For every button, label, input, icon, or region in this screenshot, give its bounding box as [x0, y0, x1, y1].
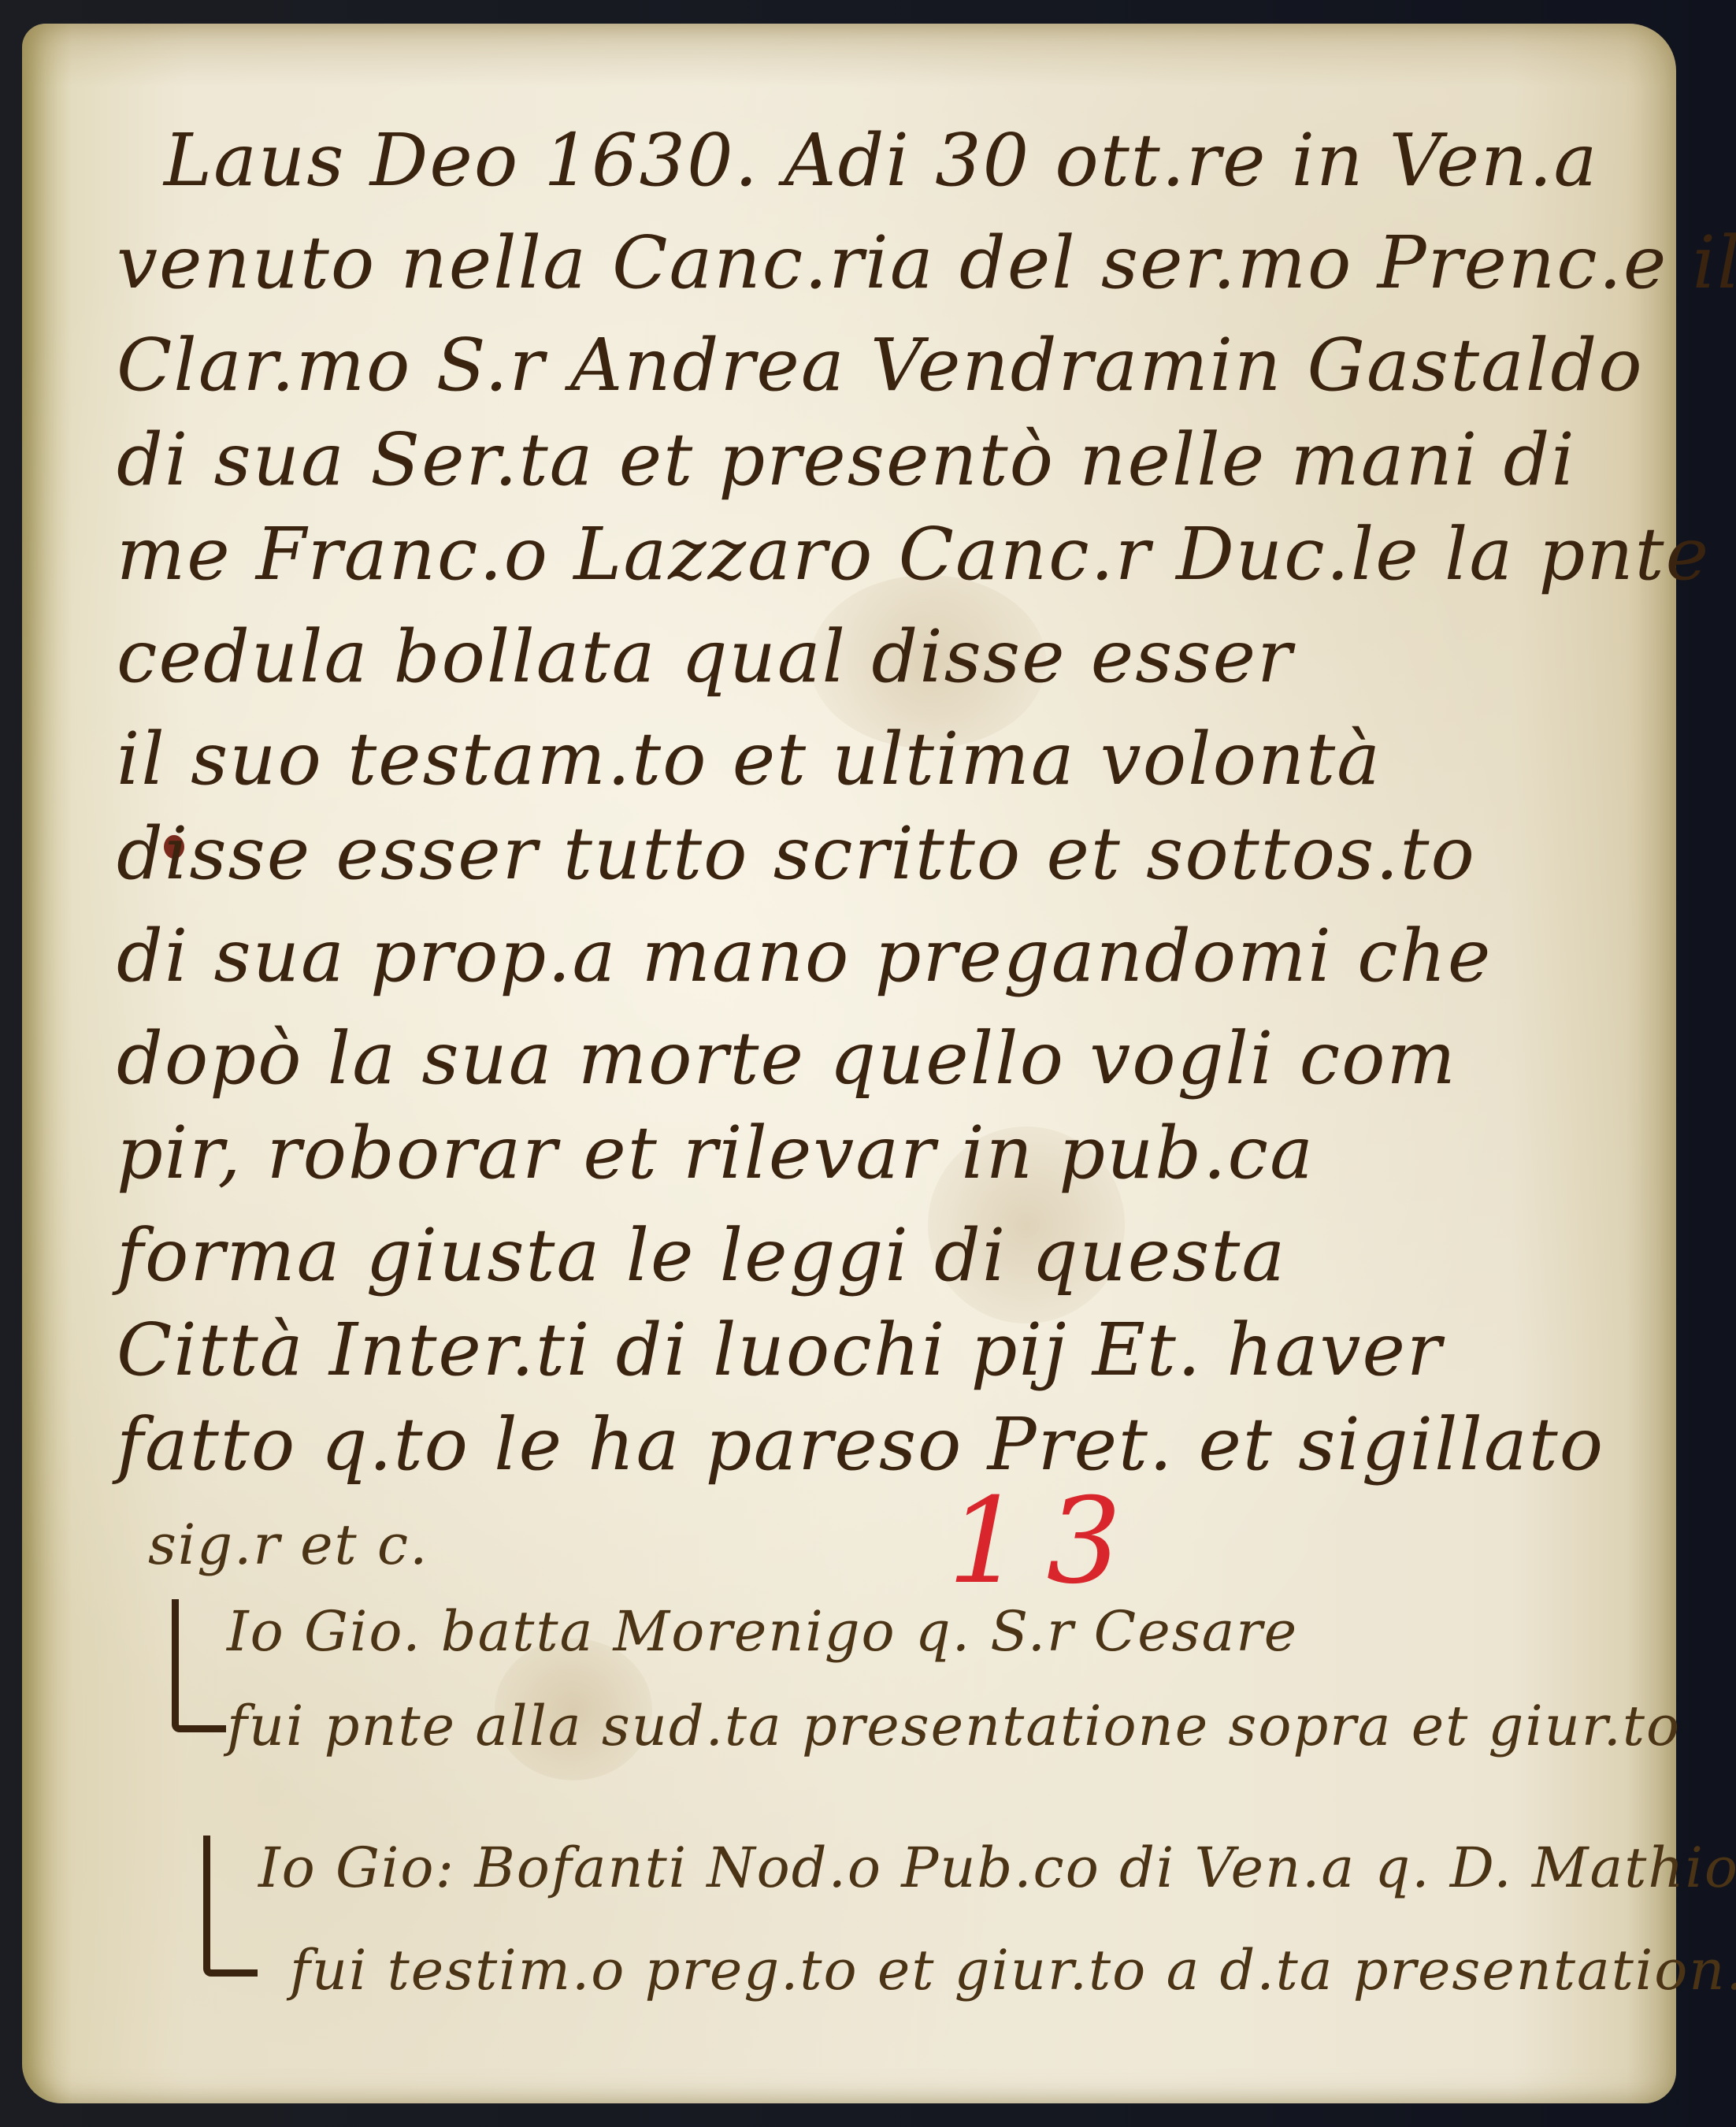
- text-line: sig.r et c.: [148, 1513, 428, 1577]
- text-line: Clar.mo S.r Andrea Vendramin Gastaldo: [117, 323, 1644, 407]
- text-line: Laus Deo 1630. Adi 30 ott.re in Ven.a: [164, 118, 1598, 202]
- text-line: pir, roborar et rilevar in pub.ca: [117, 1111, 1315, 1195]
- text-line: me Franc.o Lazzaro Canc.r Duc.le la pnte: [117, 512, 1710, 596]
- witness-bracket: [203, 1836, 258, 1977]
- text-line: cedula bollata qual disse esser: [117, 614, 1293, 699]
- text-line: dopò la sua morte quello vogli com: [117, 1016, 1457, 1101]
- text-line: disse esser tutto scritto et sottos.to: [117, 811, 1476, 896]
- manuscript-page: Laus Deo 1630. Adi 30 ott.re in Ven.a ve…: [22, 24, 1676, 2103]
- witness-line: fui testim.o preg.to et giur.to a d.ta p…: [290, 1938, 1736, 2003]
- witness-bracket: [172, 1599, 226, 1732]
- text-line: di sua prop.a mano pregandomi che: [117, 914, 1492, 998]
- text-line: forma giusta le leggi di questa: [117, 1213, 1286, 1297]
- folio-number: 13: [948, 1473, 1145, 1610]
- text-line: il suo testam.to et ultima volontà: [117, 717, 1382, 801]
- witness-line: fui pnte alla sud.ta presentatione sopra…: [227, 1694, 1681, 1758]
- text-line: Città Inter.ti di luochi pij Et. haver: [117, 1308, 1443, 1392]
- witness-line: Io Gio. batta Morenigo q. S.r Cesare: [227, 1599, 1298, 1664]
- text-line: venuto nella Canc.ria del ser.mo Prenc.e…: [117, 221, 1736, 305]
- witness-line: Io Gio: Bofanti Nod.o Pub.co di Ven.a q.…: [258, 1836, 1736, 1900]
- text-line: fatto q.to le ha pareso Pret. et sigilla…: [117, 1402, 1604, 1487]
- text-line: di sua Ser.ta et presentò nelle mani di: [117, 418, 1576, 502]
